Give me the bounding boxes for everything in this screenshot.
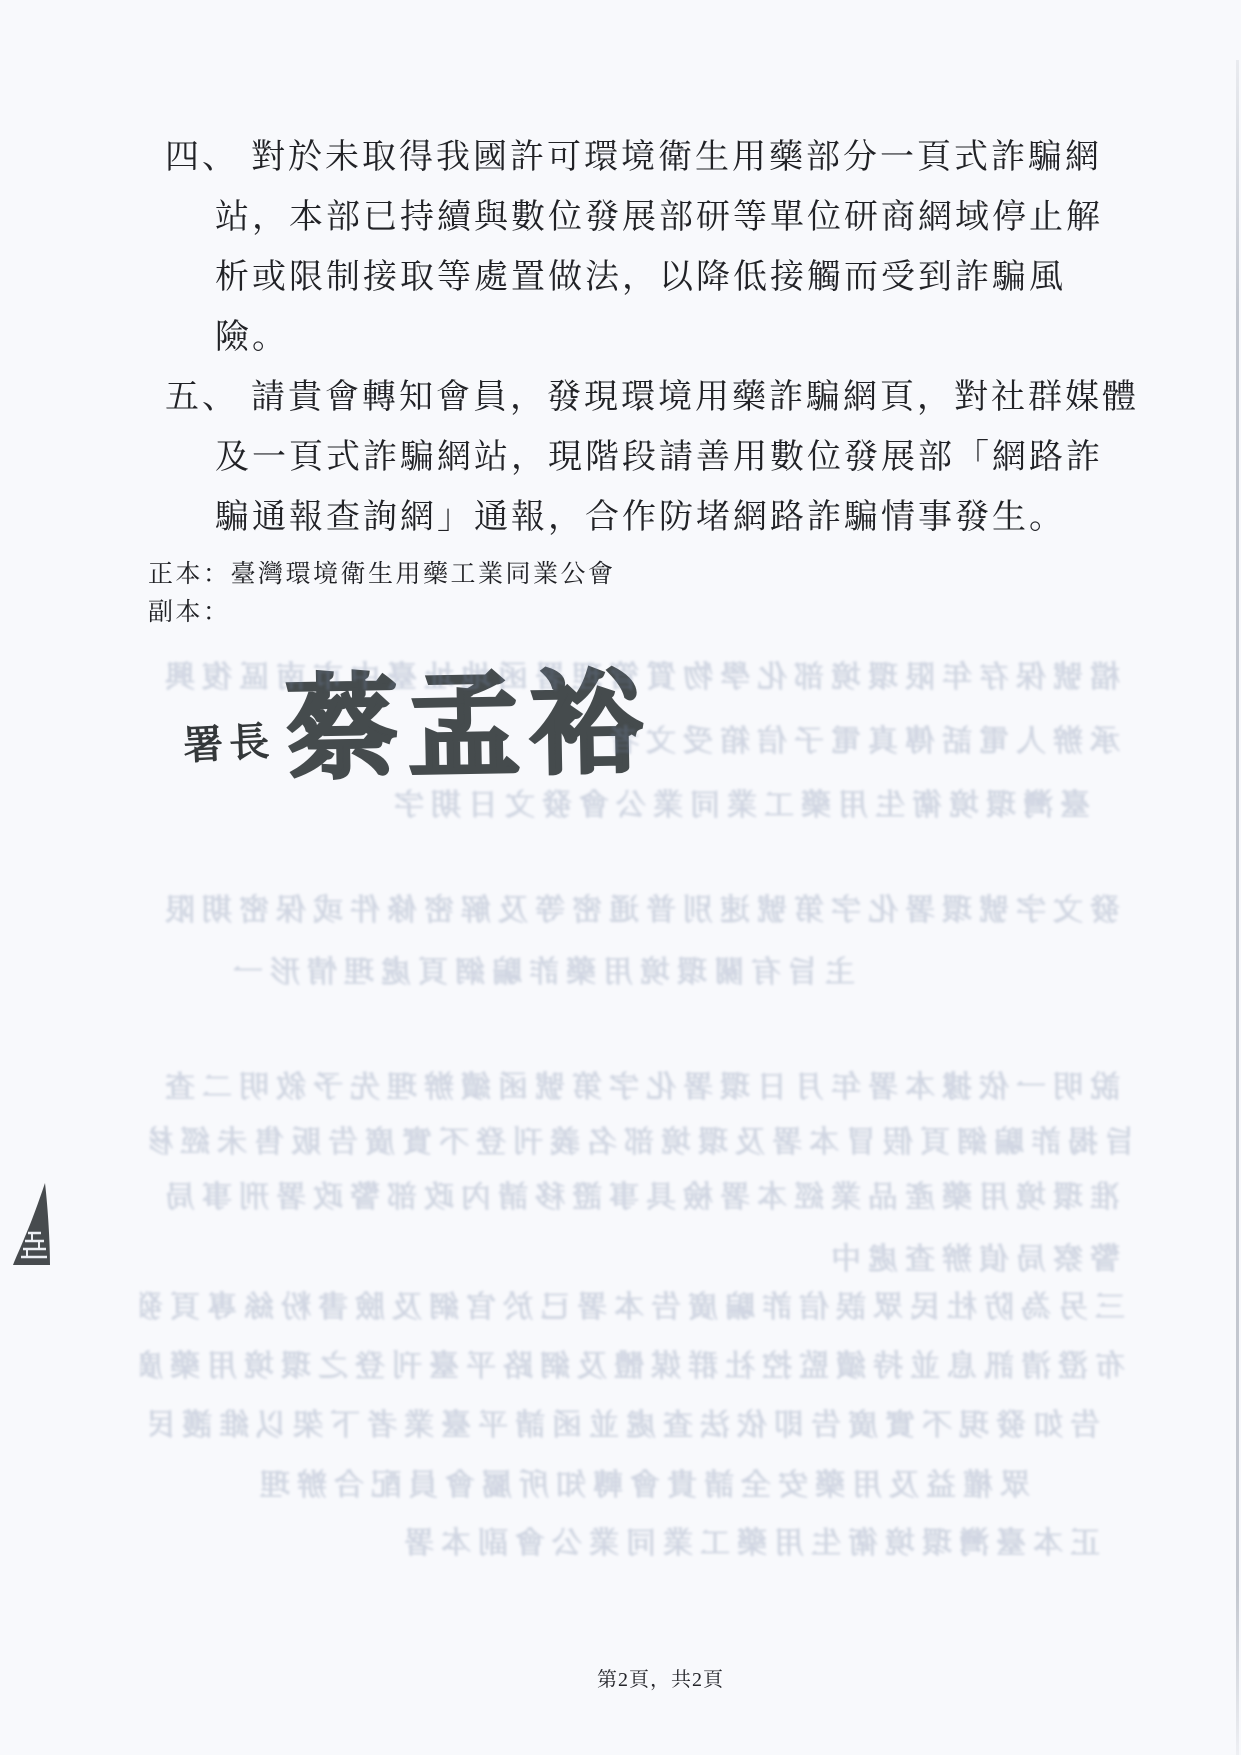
paragraph-4-line: 險。 [165,308,1125,368]
paragraph-4-line: 析或限制接取等處置做法，以降低接觸而受到詐騙風 [165,248,1125,308]
bleedthrough-line: 發文字號環署化字第號速別普通密等及解密條件或保密期限 [145,893,1120,931]
page-number-footer: 第2頁，共2頁 [597,1663,724,1692]
signer-name-calligraphy: 蔡孟裕 [285,661,653,796]
copy-recipient-label: 副本： [148,599,231,626]
bleedthrough-line: 眾權益及用藥安全請貴會轉知所屬會員配合辦理 [150,1468,1030,1506]
bleedthrough-line: 承辦人電話傳真電子信箱受文者 [590,724,1120,762]
bleedthrough-line: 旨揭詐騙網頁假冒本署及環境部名義刊登不實廣告販售未經核 [150,1125,1135,1163]
paragraph-5-line: 騙通報查詢網」通報，合作防堵網路詐騙情事發生。 [165,488,1125,548]
paragraph-5-line: 及一頁式詐騙網站，現階段請善用數位發展部「網路詐 [165,428,1125,488]
paper-edge-shadow [1236,60,1239,1755]
letter-body: 四、對於未取得我國許可環境衛生用藥部分一頁式詐騙網 站，本部已持續與數位發展部研… [165,128,1125,548]
signer-title: 署長 [182,710,277,772]
original-recipient-line: 正本：臺灣環境衛生用藥工業同業公會 [148,556,616,594]
bleedthrough-line: 說明一依據本署年月日環署化字第號函續辦理先予敘明二查 [150,1070,1120,1108]
bleedthrough-line: 臺灣環境衛生用藥工業同業公會發文日期字 [390,788,1090,826]
bleedthrough-line: 三另為防杜民眾誤信詐騙廣告本署已於官網及臉書粉絲專頁發 [140,1290,1125,1328]
seal-stamp-fragment-icon [12,1183,52,1265]
paragraph-4-number: 四、 [165,139,239,176]
scanned-letter-page: 四、對於未取得我國許可環境衛生用藥部分一頁式詐騙網 站，本部已持續與數位發展部研… [0,0,1241,1755]
original-recipient-label: 正本： [148,561,231,588]
bleedthrough-line: 布澄清訊息並持續監控社群媒體及網路平臺刊登之環境用藥廣 [140,1349,1125,1387]
bleedthrough-line: 正本臺灣環境衛生用藥工業同業公會副本署 [380,1526,1100,1564]
paragraph-4-line: 站，本部已持續與數位發展部研等單位研商網域停止解 [165,188,1125,248]
bleedthrough-line: 警察局偵辦查處中 [830,1242,1120,1280]
copy-recipient-line: 副本： [148,594,616,632]
paragraph-5-text: 請貴會轉知會員，發現環境用藥詐騙網頁，對社群媒體 [251,379,1139,416]
original-recipient-value: 臺灣環境衛生用藥工業同業公會 [231,561,616,588]
bleedthrough-line: 准環境用藥產品業經本署檢具事證移請內政部警政署刑事局 [150,1180,1120,1218]
paragraph-5-line: 五、請貴會轉知會員，發現環境用藥詐騙網頁，對社群媒體 [165,368,1125,428]
paragraph-4-text: 對於未取得我國許可環境衛生用藥部分一頁式詐騙網 [251,139,1102,176]
paragraph-4-line: 四、對於未取得我國許可環境衛生用藥部分一頁式詐騙網 [165,128,1125,188]
paragraph-5-number: 五、 [165,379,239,416]
recipients-block: 正本：臺灣環境衛生用藥工業同業公會 副本： [148,556,616,632]
bleedthrough-line: 主旨有關環境用藥詐騙網頁處理情形一 [230,955,855,993]
bleedthrough-line: 告如發現不實廣告即依法查處並函請平臺業者下架以維護民 [150,1408,1100,1446]
